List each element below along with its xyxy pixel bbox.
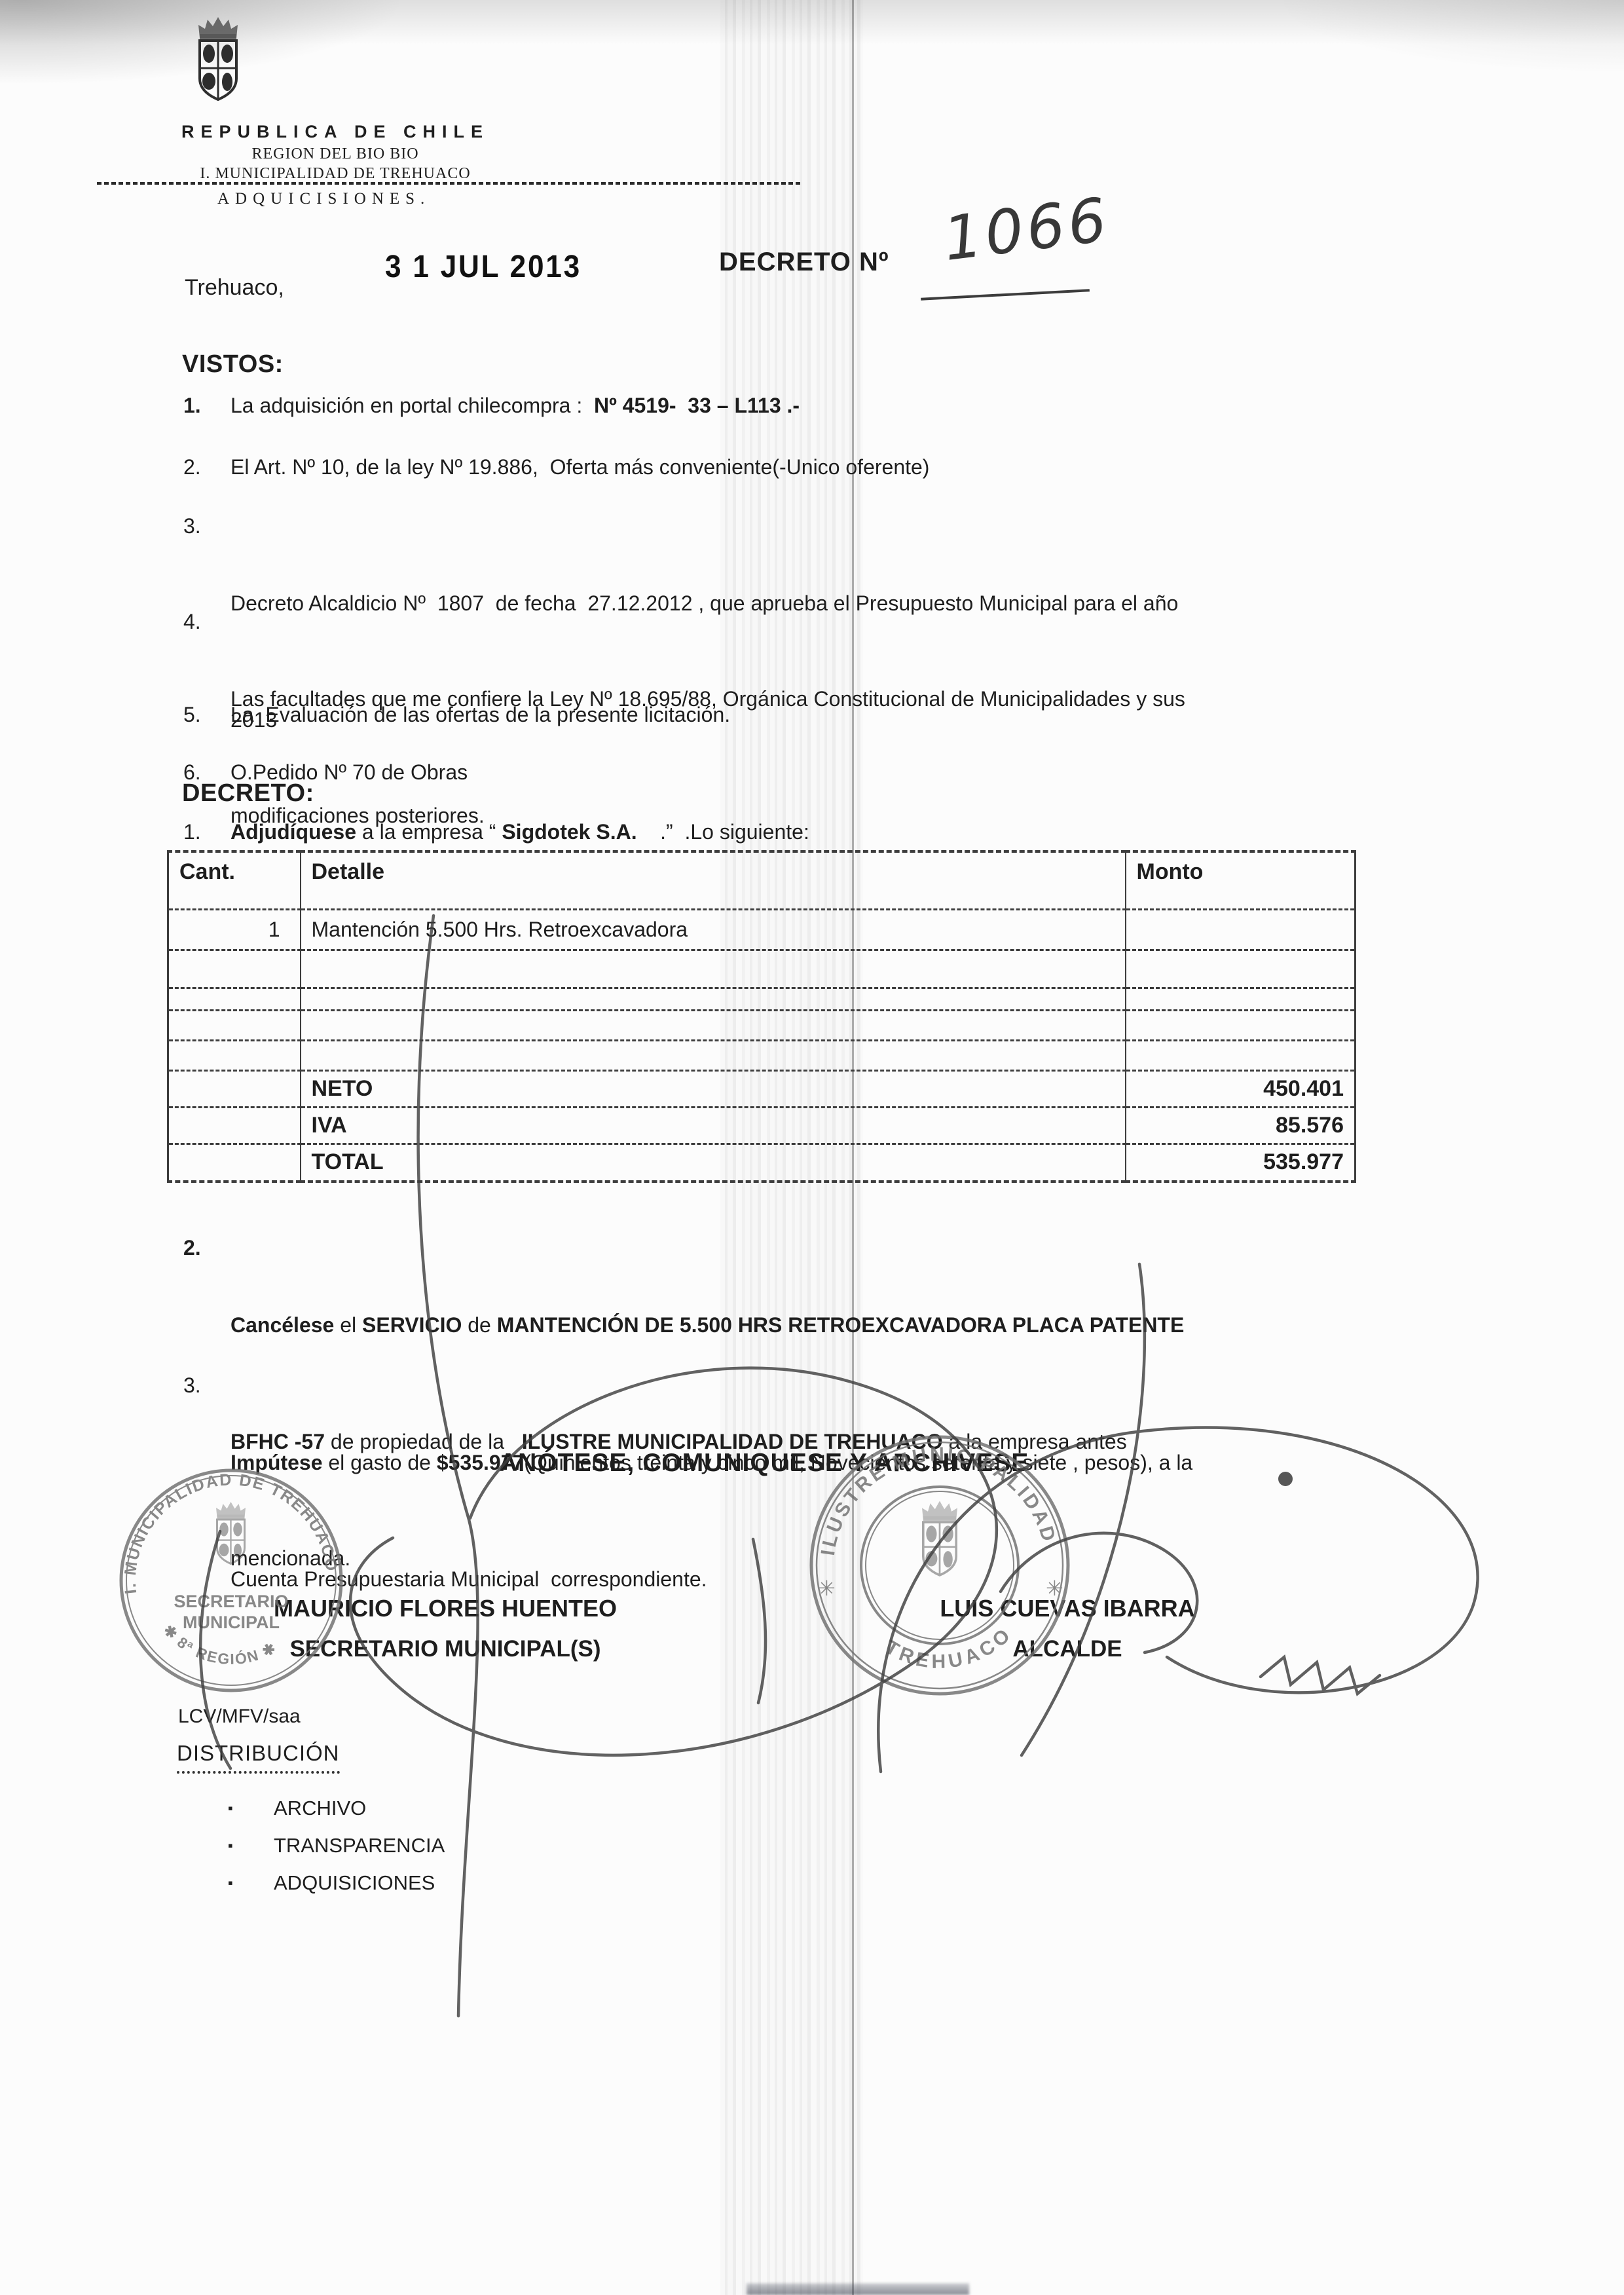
pen-stroke <box>350 1368 997 1755</box>
pen-stroke <box>418 916 478 2016</box>
pen-dot <box>1278 1472 1293 1486</box>
pen-stroke <box>878 1428 1477 1772</box>
pen-stroke <box>1261 1657 1380 1694</box>
pen-stroke <box>753 1539 766 1703</box>
pen-strokes-overlay <box>0 0 1624 2295</box>
pen-stroke <box>1022 1264 1145 1755</box>
pen-stroke <box>200 1531 231 1768</box>
scanned-decree-page: REPUBLICA DE CHILE REGION DEL BIO BIO I.… <box>0 0 1624 2295</box>
